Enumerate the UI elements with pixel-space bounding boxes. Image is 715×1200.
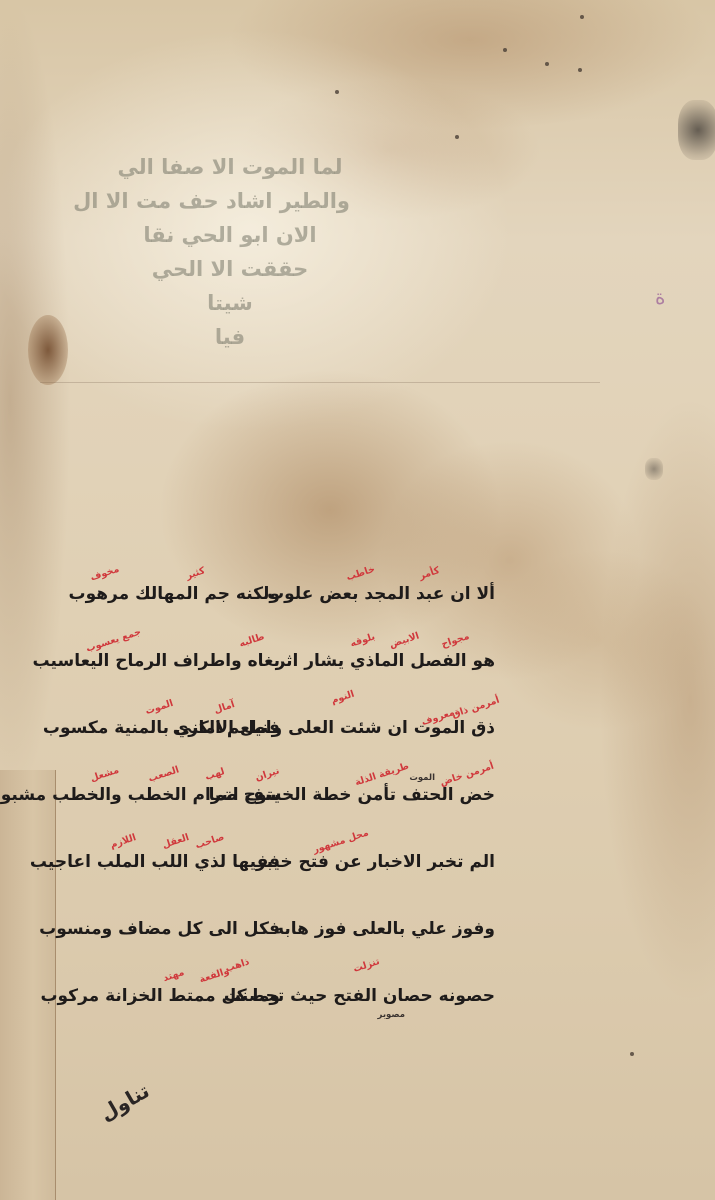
black-note: مصوبر xyxy=(378,1010,405,1020)
red-gloss: العقل xyxy=(161,832,191,851)
verse-line-6: وفوز علي بالعلى فوز هابه فكل الى كل مضاف… xyxy=(85,890,495,957)
verse-line-1: ألا ان عبد المجد بعض علوب كأمر خاطب ولكن… xyxy=(85,555,495,622)
hemistich-right: هو الفصل الماذي يشار اثر مجواح الابيض بل… xyxy=(300,651,495,689)
hemistich-right: وفوز علي بالعلى فوز هابه xyxy=(300,919,495,957)
ink-speck xyxy=(335,90,339,94)
black-gloss: الموت xyxy=(409,773,435,783)
verse-text: فنيل الاماني بالمنية مكسوب xyxy=(43,718,280,738)
red-gloss: كأمر xyxy=(418,565,441,582)
hemistich-left: وما كل ممتط الخزانة مركوب مهتد والفعة ذا… xyxy=(85,986,280,1024)
hemistich-left: ففيها لذي اللب الملب اعاجيب صاحب العقل ا… xyxy=(85,852,280,890)
faded-line: فيا xyxy=(110,320,350,354)
ink-speck xyxy=(545,62,549,66)
hemistich-left: فكل الى كل مضاف ومنسوب xyxy=(85,919,280,957)
verse-text: الم تخبر الاخبار عن فتح خيبر xyxy=(256,852,495,872)
red-gloss: الصعب xyxy=(147,764,180,784)
hemistich-right: ألا ان عبد المجد بعض علوب كأمر خاطب xyxy=(300,584,495,622)
red-gloss: أمرمن ذاق xyxy=(450,695,500,721)
verse-text: ففيها لذي اللب الملب اعاجيب xyxy=(30,852,280,872)
red-gloss: مشعل xyxy=(89,765,120,785)
ink-speck xyxy=(578,68,582,72)
verse-text: وفوز علي بالعلى فوز هابه xyxy=(274,919,495,939)
verse-text: بغاه واطراف الرماح اليعاسيب xyxy=(33,651,280,671)
verse-text: يتوج ضرام الخطب والخطب مشبوب xyxy=(0,785,280,805)
faded-line: والطير اشاد حف مت الا ال xyxy=(110,184,350,218)
verse-text: هو الفصل الماذي يشار اثر xyxy=(276,651,495,671)
hemistich-right: حصونه حصان الفتح حيث تحصنت تنزلت مصوبر xyxy=(300,986,495,1024)
mould-spot xyxy=(678,100,715,160)
red-gloss: ذاهب xyxy=(224,956,251,974)
verse-text: ولكنه جم المهالك مرهوب xyxy=(69,584,280,604)
mould-spot xyxy=(645,458,663,480)
red-gloss: مهتد xyxy=(162,967,186,984)
ink-speck xyxy=(455,135,459,139)
pasted-paper-strip xyxy=(0,770,56,1200)
red-gloss: صاحب xyxy=(194,832,226,852)
verse-line-2: هو الفصل الماذي يشار اثر مجواح الابيض بل… xyxy=(85,622,495,689)
hemistich-left: يتوج ضرام الخطب والخطب مشبوب نيران لهب ا… xyxy=(85,785,280,823)
manuscript-page: ة لما الموت الا صفا الي والطير اشاد حف م… xyxy=(0,0,715,1200)
dark-stain xyxy=(28,315,68,385)
red-gloss: خاطب xyxy=(345,564,376,584)
red-gloss: نيران xyxy=(254,765,281,783)
red-gloss: اللازم xyxy=(109,832,138,851)
ruling-line xyxy=(40,382,600,383)
red-gloss: الموت xyxy=(144,698,175,717)
red-gloss: آمال xyxy=(213,699,236,716)
ink-speck xyxy=(580,15,584,19)
hemistich-right: ذق الموت ان شئت العلى واطعم الكرى أمرمن … xyxy=(300,718,495,756)
faded-line: لما الموت الا صفا الي xyxy=(110,150,350,184)
red-gloss: مخوف xyxy=(89,564,121,584)
faded-line: الان ابو الحي نقا xyxy=(110,218,350,252)
ink-speck xyxy=(630,1052,634,1056)
hemistich-left: فنيل الاماني بالمنية مكسوب الموت آمال xyxy=(85,718,280,756)
red-gloss: الابيض xyxy=(388,631,421,651)
red-gloss: كثير xyxy=(185,565,207,581)
verse-text: ألا ان عبد المجد بعض علوب xyxy=(267,584,495,604)
margin-mark: ة xyxy=(655,285,665,309)
faded-line: شيتا xyxy=(110,286,350,320)
red-gloss: مجواح xyxy=(440,631,471,650)
faded-line: حققت الا الحي xyxy=(110,252,350,286)
red-gloss: النوم xyxy=(330,689,356,707)
hemistich-left: بغاه واطراف الرماح اليعاسيب طالبه جمع يع… xyxy=(85,651,280,689)
catchword: تناول xyxy=(96,1078,154,1125)
verse-line-4: خض الحتف تأمن خطة الخسف انما أمرمن خاض ا… xyxy=(85,756,495,823)
red-gloss: لهب xyxy=(204,766,226,783)
verse-text: وما كل ممتط الخزانة مركوب xyxy=(40,986,280,1006)
verse-line-5: الم تخبر الاخبار عن فتح خيبر محل مشهور ف… xyxy=(85,823,495,890)
verse-text: فكل الى كل مضاف ومنسوب xyxy=(39,919,280,939)
verse-line-3: ذق الموت ان شئت العلى واطعم الكرى أمرمن … xyxy=(85,689,495,756)
hemistich-right: خض الحتف تأمن خطة الخسف انما أمرمن خاض ا… xyxy=(300,785,495,823)
red-gloss: بلوقه xyxy=(349,631,377,649)
red-gloss: طالبه xyxy=(238,631,266,649)
ink-speck xyxy=(503,48,507,52)
red-gloss: تنزلت xyxy=(352,956,381,975)
verse-block: ألا ان عبد المجد بعض علوب كأمر خاطب ولكن… xyxy=(85,555,495,1024)
hemistich-left: ولكنه جم المهالك مرهوب كثير مخوف xyxy=(85,584,280,622)
verse-line-7: حصونه حصان الفتح حيث تحصنت تنزلت مصوبر و… xyxy=(85,957,495,1024)
hemistich-right: الم تخبر الاخبار عن فتح خيبر محل مشهور xyxy=(300,852,495,890)
faded-text-block: لما الموت الا صفا الي والطير اشاد حف مت … xyxy=(110,150,350,354)
